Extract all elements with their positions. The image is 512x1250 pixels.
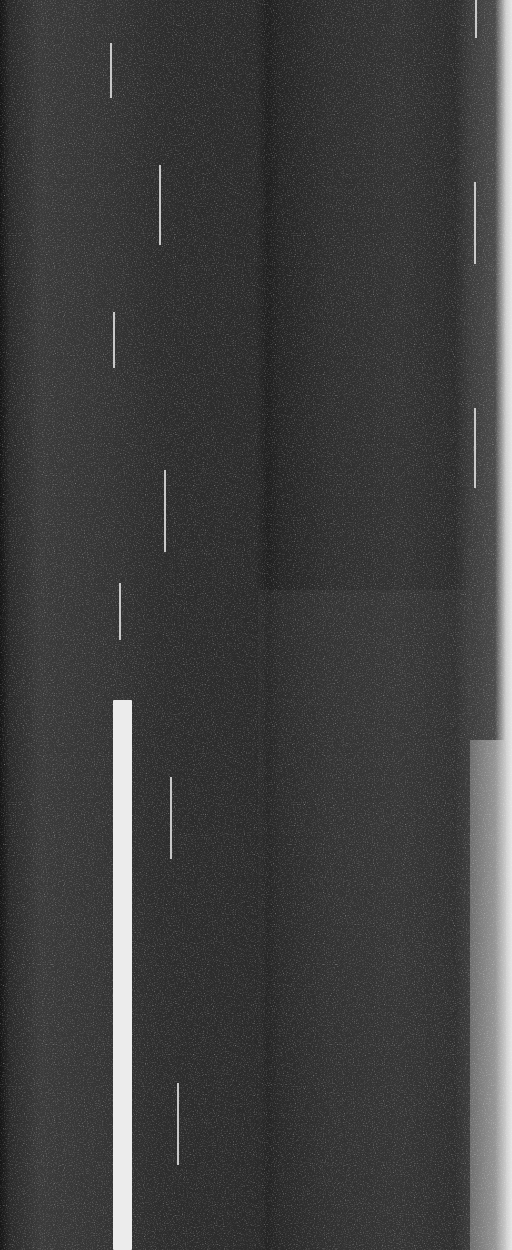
lane-dash — [113, 312, 115, 368]
lane-dash — [170, 777, 172, 859]
solid-edge-line — [113, 700, 132, 1250]
lane-dash — [474, 182, 476, 264]
lane-dash — [110, 43, 112, 98]
lane-dash — [177, 1083, 179, 1165]
pavement-scene — [0, 0, 512, 1250]
lane-dash — [474, 408, 476, 488]
lane-dash — [119, 583, 121, 640]
lane-dash — [164, 470, 166, 552]
lane-dash — [475, 0, 477, 38]
lane-dash — [159, 165, 161, 245]
asphalt-texture — [0, 0, 512, 1250]
